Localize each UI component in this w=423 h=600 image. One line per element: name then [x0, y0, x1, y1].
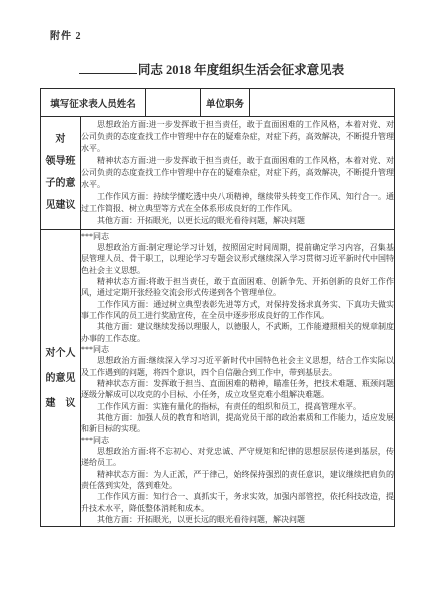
attachment-label: 附件 2 [50, 27, 82, 42]
leadership-section-label: 对领导班子的意见建议 [41, 117, 81, 230]
opinion-paragraph: 精神状态方面:进一步发挥敢于担当责任，敢于直面困难的工作风格，本着对党、对公司负… [81, 155, 394, 191]
name-field-value[interactable] [146, 89, 201, 117]
personal-opinion-row: 对个人的意见建 议 ***同志思想政治方面:制定理论学习计划，按照固定时间周期，… [41, 230, 395, 527]
section-label-line: 建 议 [41, 391, 80, 416]
opinion-paragraph: 思想政治方面:进一步发挥敢于担当责任，敢于直面困难的工作风格，本着对党、对公司负… [81, 119, 394, 155]
name-blank-underline [79, 61, 137, 75]
opinion-paragraph: 思想政治方面:制定理论学习计划，按照固定时间周期，提前确定学习内容，召集基层管理… [81, 242, 394, 276]
section-label-line: 见建议 [41, 195, 80, 217]
section-label-line: 的意见 [41, 366, 80, 391]
comrade-group-heading: ***同志 [81, 435, 394, 446]
position-field-label: 单位职务 [201, 89, 250, 117]
section-label-line: 对 [41, 129, 80, 151]
opinion-paragraph: 精神状态方面：为人正派，严于律己，始终保持强烈的责任意识，建议继续把肩负的责任落… [81, 469, 394, 492]
opinion-paragraph: 精神状态方面:将敢于担当责任，敢于直面困难、创新争先、开拓创新的良好工作作风，通… [81, 276, 394, 299]
section-label-line: 领导班 [41, 151, 80, 173]
opinion-paragraph: 精神状态方面：发挥敢于担当、直面困难的精神，瞄准任务，把技术难题、瓶颈问题逐级分… [81, 378, 394, 401]
opinion-paragraph: 工作作风方面：通过树立典型表彰先进等方式，对保持发扬求真务实、下真功夫做实事工作… [81, 299, 394, 322]
comrade-group-heading: ***同志 [81, 231, 394, 242]
position-field-value[interactable] [250, 89, 395, 117]
opinion-paragraph: 其他方面：加强人员的教育和培训，提高党员干部的政治素质和工作能力，适应发展和新目… [81, 412, 394, 435]
personal-section-label: 对个人的意见建 议 [41, 230, 81, 527]
opinion-paragraph: 其他方面：开拓眼光，以更长远的眼光看待问题，解决问题 [81, 514, 394, 525]
section-label-line: 对个人 [41, 341, 80, 366]
document-page: 附件 2 同志 2018 年度组织生活会征求意见表 填写征求表人员姓名 单位职务… [0, 0, 423, 600]
leadership-opinion-row: 对领导班子的意见建议 思想政治方面:进一步发挥敢于担当责任，敢于直面困难的工作风… [41, 117, 395, 230]
opinion-paragraph: 工作作风方面：知行合一、真抓实干，务求实效，加强内部管控，依托科技改造，提升技术… [81, 491, 394, 514]
document-title-text: 同志 2018 年度组织生活会征求意见表 [138, 63, 344, 77]
section-label-line: 子的意 [41, 173, 80, 195]
opinion-paragraph: 其他方面：建议继续发扬以理服人，以德服人，不武断，工作能遵照相关的规章制度办事的… [81, 321, 394, 344]
form-header-row: 填写征求表人员姓名 单位职务 [41, 89, 395, 117]
name-field-label: 填写征求表人员姓名 [41, 89, 146, 117]
opinion-paragraph: 思想政治方面:继续深入学习习近平新时代中国特色社会主义思想，结合工作实际以及工作… [81, 355, 394, 378]
opinion-form-table: 填写征求表人员姓名 单位职务 对领导班子的意见建议 思想政治方面:进一步发挥敢于… [40, 88, 395, 527]
opinion-paragraph: 思想政治方面:将不忘初心、对党忠诚、严守规矩和纪律的思想层层传递到基层，传递给员… [81, 446, 394, 469]
personal-opinion-content: ***同志思想政治方面:制定理论学习计划，按照固定时间周期，提前确定学习内容，召… [81, 230, 395, 527]
opinion-paragraph: 工作作风方面：持续学懂吃透中央八项精神，继续带头转变工作作风、知行合一。通过工作… [81, 191, 394, 215]
document-title: 同志 2018 年度组织生活会征求意见表 [0, 60, 423, 78]
opinion-paragraph: 工作作风方面：实施有量化的指标，有责任的组织和员工，提高管理水平。 [81, 401, 394, 412]
leadership-opinion-content: 思想政治方面:进一步发挥敢于担当责任，敢于直面困难的工作风格，本着对党、对公司负… [81, 117, 395, 230]
comrade-group-heading: ***同志 [81, 344, 394, 355]
opinion-paragraph: 其他方面：开拓眼光，以更长远的眼光看待问题，解决问题 [81, 215, 394, 227]
